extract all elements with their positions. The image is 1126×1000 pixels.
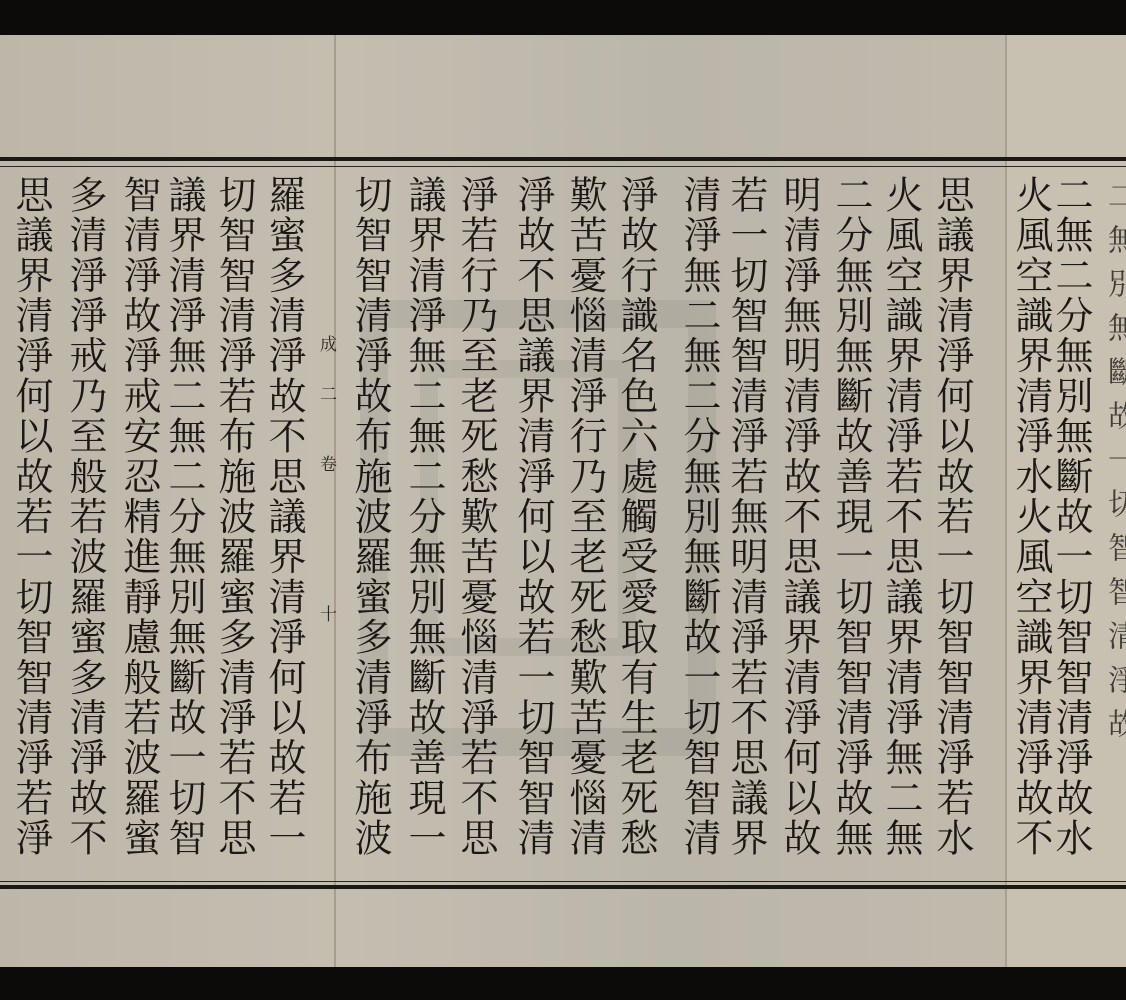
fold-juan: 卷 xyxy=(314,455,339,472)
text-column-4: 火風空識界清淨若不思議界清淨無二無 xyxy=(882,175,920,885)
text-column-16: 切智智清淨若布施波羅蜜多清淨若不思 xyxy=(215,175,253,885)
top-border-thin xyxy=(0,166,1126,167)
text-column-11: 淨故不思議界清淨何以故若一切智智清 xyxy=(514,175,552,885)
bottom-border-thick xyxy=(0,885,1126,889)
text-column-20: 思議界清淨何以故若一切智智清淨若淨 xyxy=(12,175,50,885)
text-column-14: 切智智清淨故布施波羅蜜多清淨布施波 xyxy=(351,175,389,885)
text-column-6: 明清淨無明清淨故不思議界清淨何以故 xyxy=(780,175,818,885)
fold-number: 二 xyxy=(314,385,339,402)
text-column-7: 若一切智智清淨若無明清淨若不思議界 xyxy=(727,175,765,885)
text-column-12: 淨若行乃至老死愁歎苦憂惱清淨若不思 xyxy=(457,175,495,885)
center-fold xyxy=(334,35,336,967)
text-column-5: 二分無別無斷故善現一切智智清淨故無 xyxy=(832,175,870,885)
text-column-19: 多清淨淨戒乃至般若波羅蜜多清淨故不 xyxy=(66,175,104,885)
text-column-18: 智清淨故淨戒安忍精進靜慮般若波羅蜜 xyxy=(120,175,158,885)
fold-volume-char: 成 xyxy=(314,335,339,352)
text-column-edge: 二無別無斷故一切智智清淨故 xyxy=(1104,180,1126,890)
text-column-15: 羅蜜多清淨故不思議界清淨何以故若一 xyxy=(265,175,303,885)
text-column-13: 議界清淨無二無二分無別無斷故善現一 xyxy=(405,175,443,885)
text-column-3: 思議界清淨何以故若一切智智清淨若水 xyxy=(933,175,971,885)
text-column-10: 歎苦憂惱清淨行乃至老死愁歎苦憂惱清 xyxy=(566,175,604,885)
text-column-17: 議界清淨無二無二分無別無斷故一切智 xyxy=(165,175,203,885)
text-column-1: 二無二分無別無斷故一切智智清淨故水 xyxy=(1052,175,1090,885)
top-border-thick xyxy=(0,157,1126,161)
text-column-8: 清淨無二無二分無別無斷故一切智智清 xyxy=(680,175,718,885)
text-column-9: 淨故行識名色六處觸受愛取有生老死愁 xyxy=(617,175,655,885)
text-column-2: 火風空識界清淨水火風空識界清淨故不 xyxy=(1012,175,1050,885)
fold-page: 十 xyxy=(314,605,339,622)
